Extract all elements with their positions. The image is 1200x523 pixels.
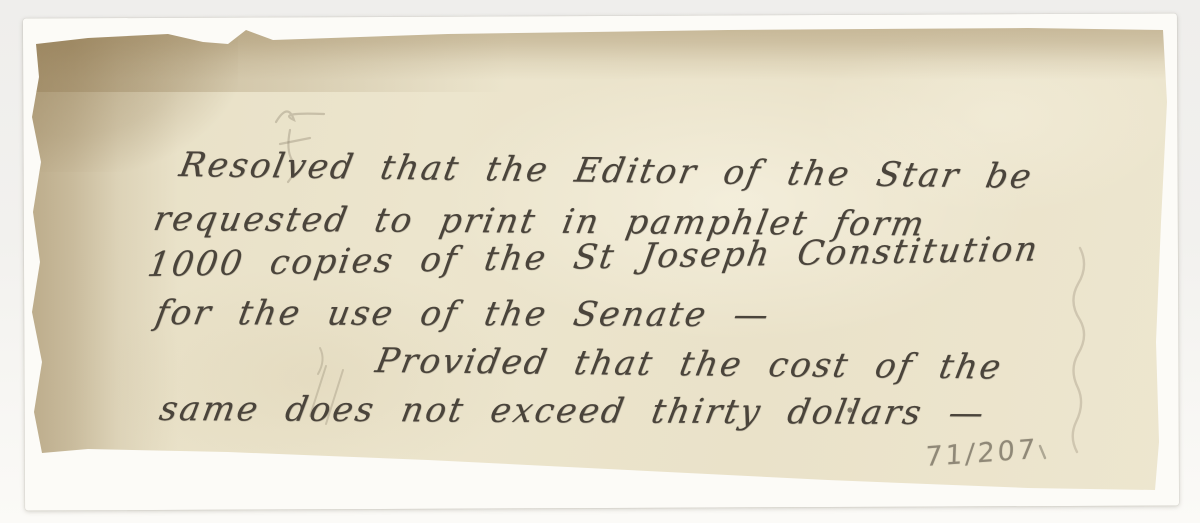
manuscript-paper: Resolved that the Editor of the Star be … [28, 22, 1168, 497]
handwritten-line-5: Provided that the cost of the [373, 344, 1006, 384]
catalog-number-annotation: 71/207 [925, 436, 1039, 471]
handwritten-line-1: Resolved that the Editor of the Star be [177, 148, 1036, 194]
handwritten-line-6: same does not exceed thirty dollars — [157, 392, 989, 430]
handwritten-line-4: for the use of the Senate — [153, 296, 773, 332]
scan-background: Resolved that the Editor of the Star be … [0, 0, 1200, 523]
